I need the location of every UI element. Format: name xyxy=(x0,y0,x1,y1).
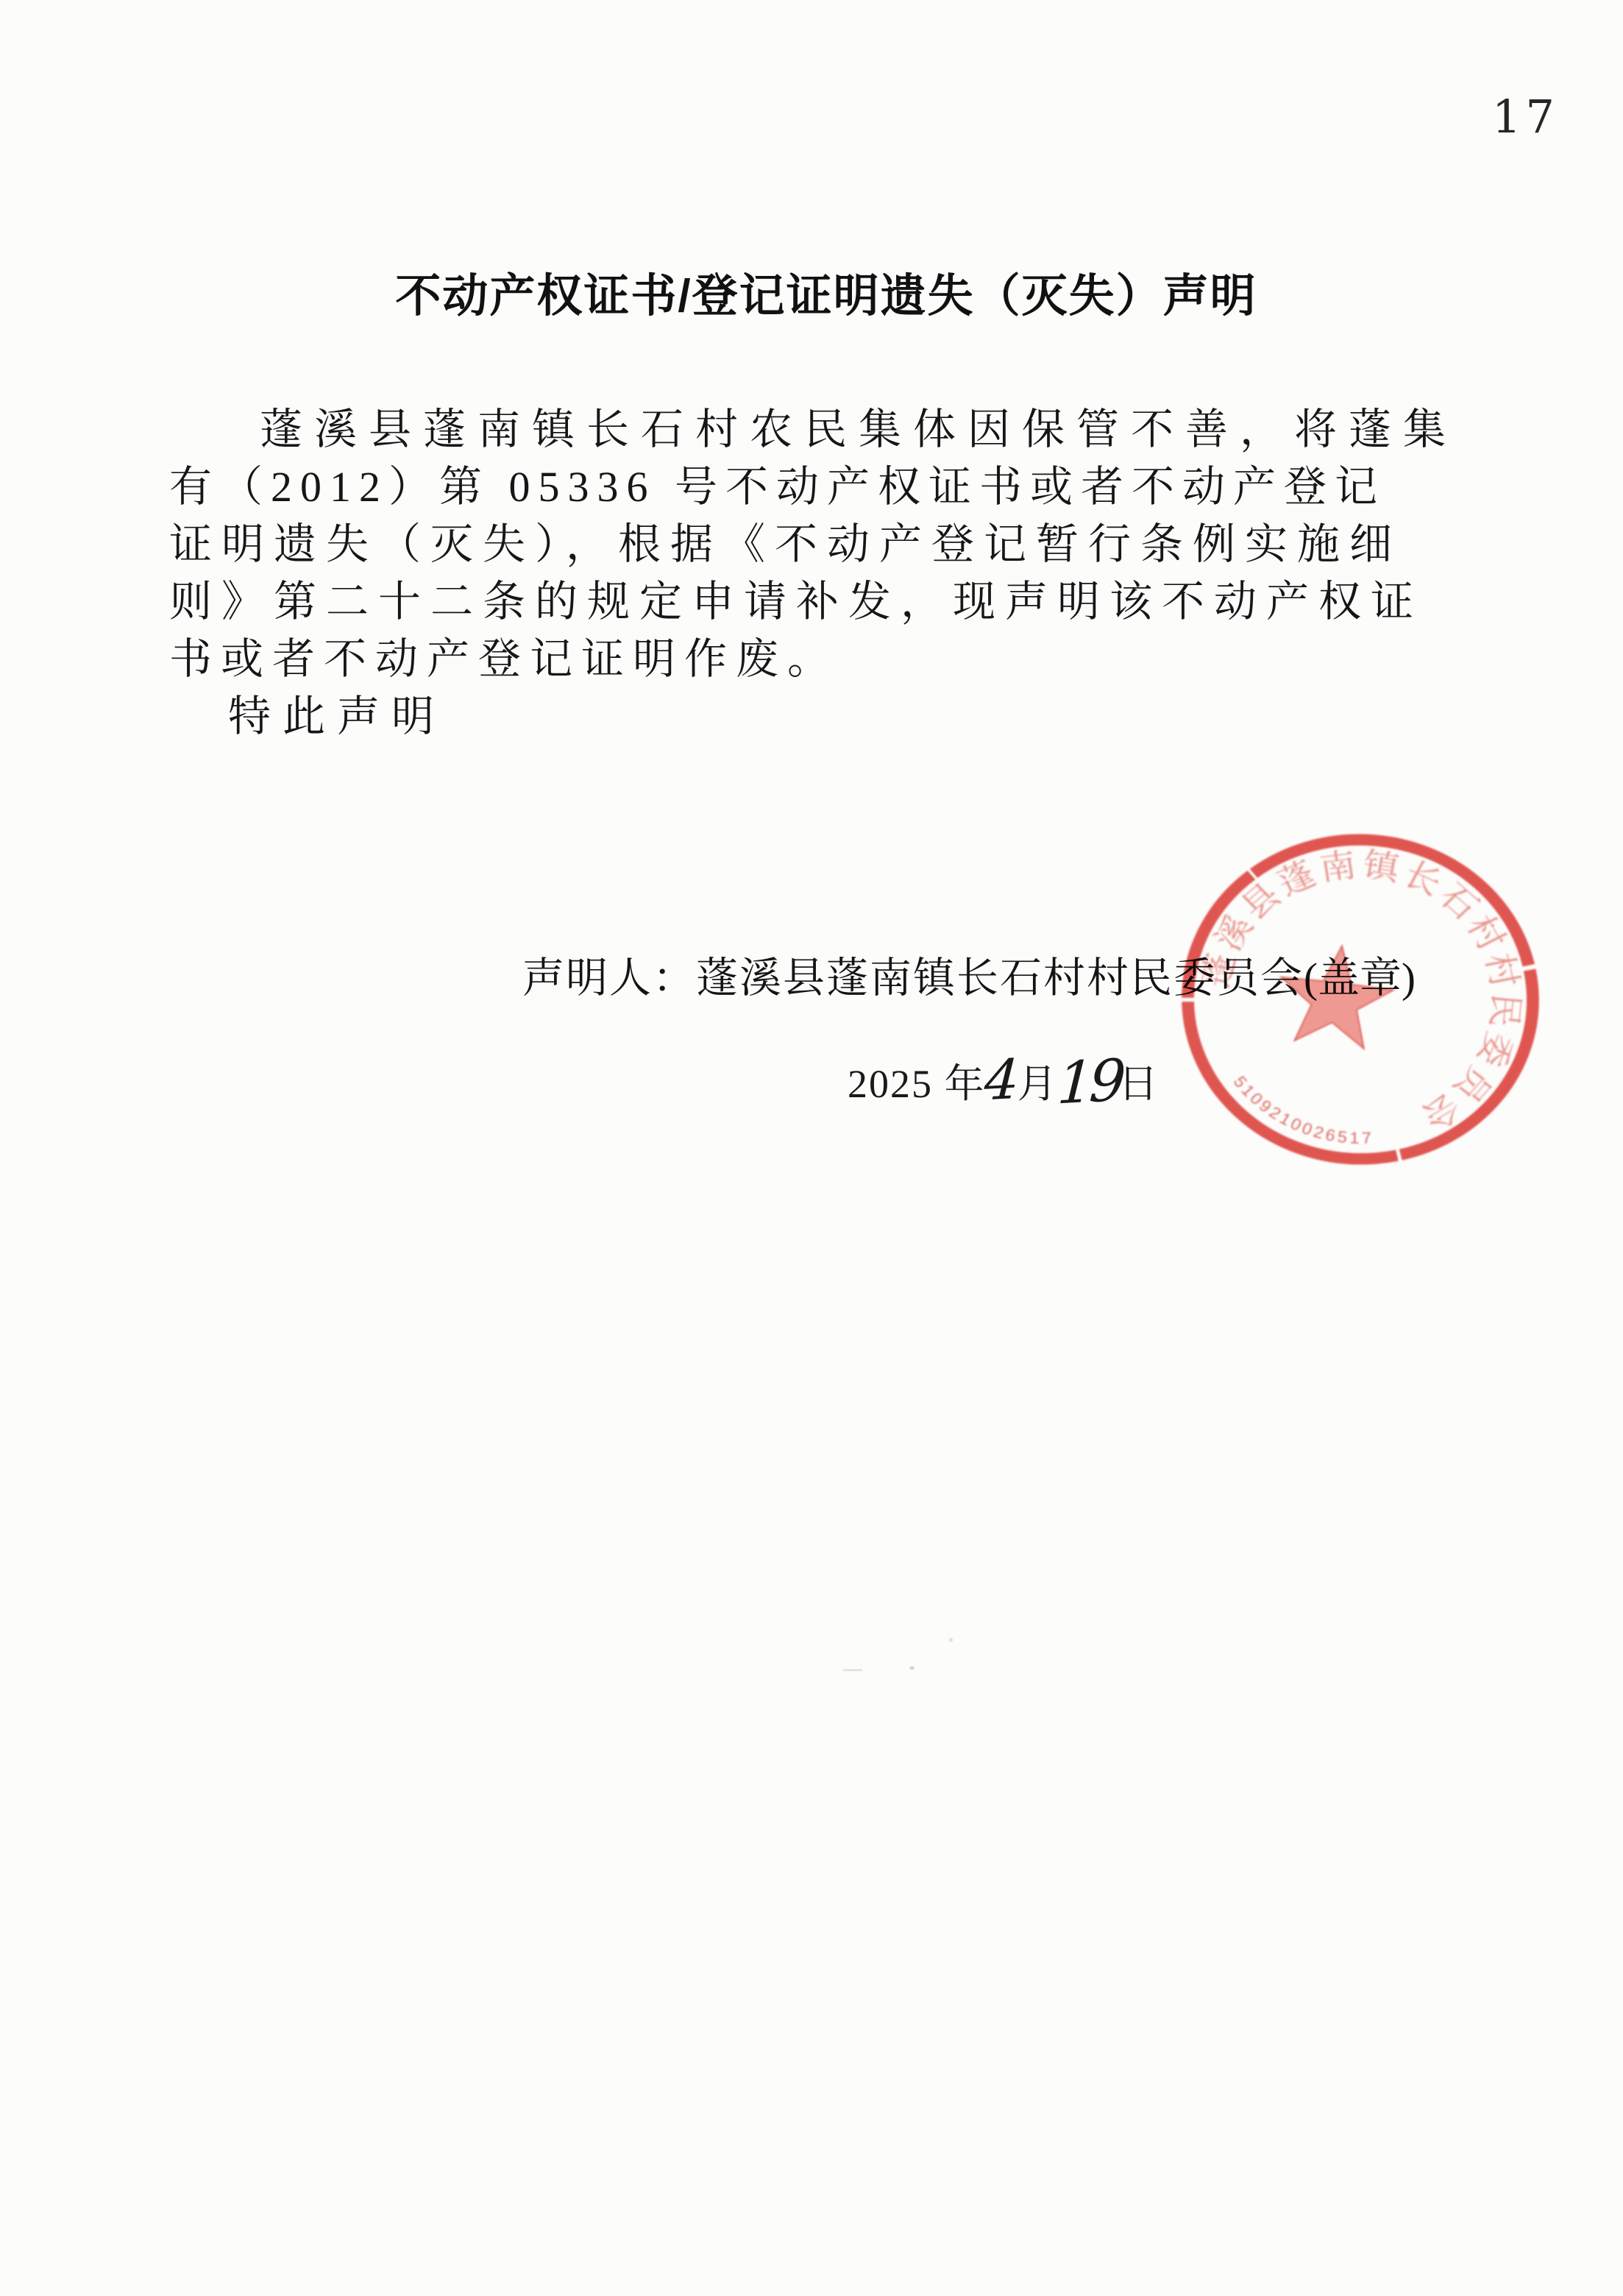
seal-here-note: (盖章) xyxy=(1304,955,1416,1002)
date-year-unit: 年 xyxy=(945,1062,986,1106)
body-line: 证明遗失（灭失），根据《不动产登记暂行条例实施细 xyxy=(169,516,1486,573)
declaration-body: 蓬溪县蓬南镇长石村农民集体因保管不善，将蓬集 有（2012）第 05336 号不… xyxy=(169,401,1486,745)
page-number: 17 xyxy=(1492,90,1559,143)
date-year: 2025 xyxy=(848,1062,933,1106)
scan-speck xyxy=(949,1638,953,1642)
date-day-unit: 日 xyxy=(1118,1062,1159,1106)
scan-speck xyxy=(843,1669,862,1671)
date-day-handwritten: 19 xyxy=(1055,1048,1123,1118)
date-month-unit: 月 xyxy=(1018,1062,1059,1106)
signature-label: 声明人： xyxy=(522,955,696,1002)
date-month-handwritten: 4 xyxy=(982,1048,1022,1113)
body-line: 书或者不动产登记证明作废。 xyxy=(169,631,1486,688)
signatory-name: 蓬溪县蓬南镇长石村村民委员会 xyxy=(696,955,1304,1002)
signature-line: 声明人：蓬溪县蓬南镇长石村村民委员会(盖章) xyxy=(522,944,1416,1005)
scan-speck xyxy=(909,1666,915,1670)
closing-line: 特此声明 xyxy=(169,688,1486,745)
document-title: 不动产权证书/登记证明遗失（灭失）声明 xyxy=(0,259,1623,325)
seal-serial-number: 5109210026517 xyxy=(1228,1072,1377,1148)
date-line: 2025 年4月19日 xyxy=(848,1045,1159,1111)
body-line: 蓬溪县蓬南镇长石村农民集体因保管不善，将蓬集 xyxy=(169,401,1486,458)
seal-serial-wrap: 5109210026517 xyxy=(1228,1072,1377,1148)
document-page: 17 不动产权证书/登记证明遗失（灭失）声明 蓬溪县蓬南镇长石村农民集体因保管不… xyxy=(0,0,1623,2296)
body-line: 有（2012）第 05336 号不动产权证书或者不动产登记 xyxy=(169,458,1486,516)
body-line: 则》第二十二条的规定申请补发，现声明该不动产权证 xyxy=(169,573,1486,631)
